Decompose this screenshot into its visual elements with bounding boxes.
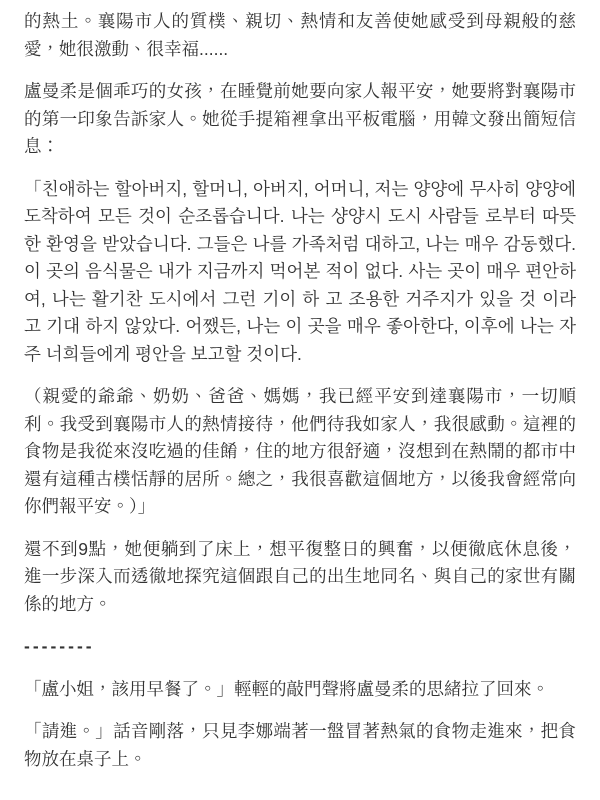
novel-paragraph: 的熱土。襄陽市人的質樸、親切、熱情和友善使她感受到母親般的慈愛，她很激動、很幸福… bbox=[24, 8, 576, 63]
reader-page[interactable]: 的熱土。襄陽市人的質樸、親切、熱情和友善使她感受到母親般的慈愛，她很激動、很幸福… bbox=[0, 0, 600, 800]
scene-separator-dashes: -------- bbox=[24, 633, 576, 661]
novel-paragraph: 還不到9點，她便躺到了床上，想平復整日的興奮，以便徹底休息後，進一步深入而透徹地… bbox=[24, 536, 576, 619]
novel-paragraph: 盧曼柔是個乖巧的女孩，在睡覺前她要向家人報平安，她要將對襄陽市的第一印象告訴家人… bbox=[24, 78, 576, 161]
novel-paragraph-dialogue: 「請進。」話音剛落，只見李娜端著一盤冒著熱氣的食物走進來，把食物放在桌子上。 bbox=[24, 718, 576, 773]
novel-paragraph-chinese-translation: （親愛的爺爺、奶奶、爸爸、媽媽，我已經平安到達襄陽市，一切順利。我受到襄陽市人的… bbox=[24, 383, 576, 521]
novel-paragraph-korean-message: 「친애하는 할아버지, 할머니, 아버지, 어머니, 저는 양양에 무사히 양양… bbox=[24, 176, 576, 369]
novel-paragraph-dialogue: 「盧小姐，該用早餐了。」輕輕的敲門聲將盧曼柔的思緒拉了回來。 bbox=[24, 676, 576, 704]
